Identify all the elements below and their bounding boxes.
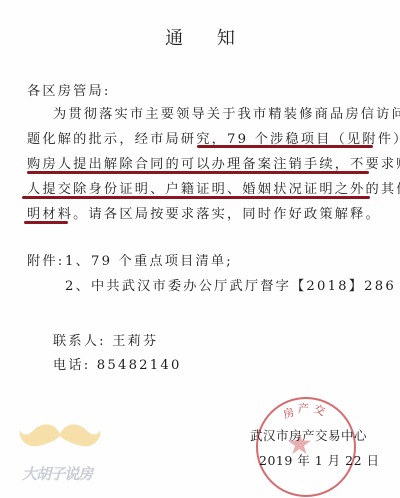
paragraph-line-1: 为贯彻落实市主要领导关于我市精装修商品房信访问 — [53, 103, 400, 122]
highlight-underline-2 — [27, 171, 369, 174]
attachment-item-2: 2、中共武汉市委办公厅武厅督字【2018】286 号文 — [65, 275, 400, 294]
highlight-underline-1 — [197, 145, 373, 148]
paragraph-line-5: 明材料。请各区局按要求落实，同时作好政策解释。 — [27, 203, 381, 222]
contact-phone: 电话: 85482140 — [53, 354, 182, 373]
mustache-icon — [18, 420, 102, 456]
highlight-underline-4 — [24, 221, 68, 224]
signature-date: 2019 年 1 月 22 日 — [259, 451, 380, 469]
contact-person: 联系人: 王莉芬 — [53, 330, 158, 349]
paragraph-line-4: 人提交除身份证明、户籍证明、婚姻状况证明之外的其他证 — [27, 178, 400, 197]
signature-organization: 武汉市房产交易中心 — [250, 426, 367, 444]
paragraph-line-3: 购房人提出解除合同的可以办理备案注销手续，不要求购房 — [27, 153, 400, 172]
greeting: 各区房管局: — [27, 80, 111, 99]
stamp-arc-text: 产 — [298, 400, 309, 416]
document-page: 通 知 各区房管局: 为贯彻落实市主要领导关于我市精装修商品房信访问 题化解的批… — [0, 0, 400, 498]
attachment-item-1: 1、79 个重点项目清单; — [65, 250, 233, 269]
document-title: 通 知 — [0, 24, 400, 50]
attachments-label: 附件: — [27, 250, 64, 269]
highlight-underline-3 — [22, 196, 370, 199]
watermark-text: 大胡子说房 — [22, 463, 92, 484]
